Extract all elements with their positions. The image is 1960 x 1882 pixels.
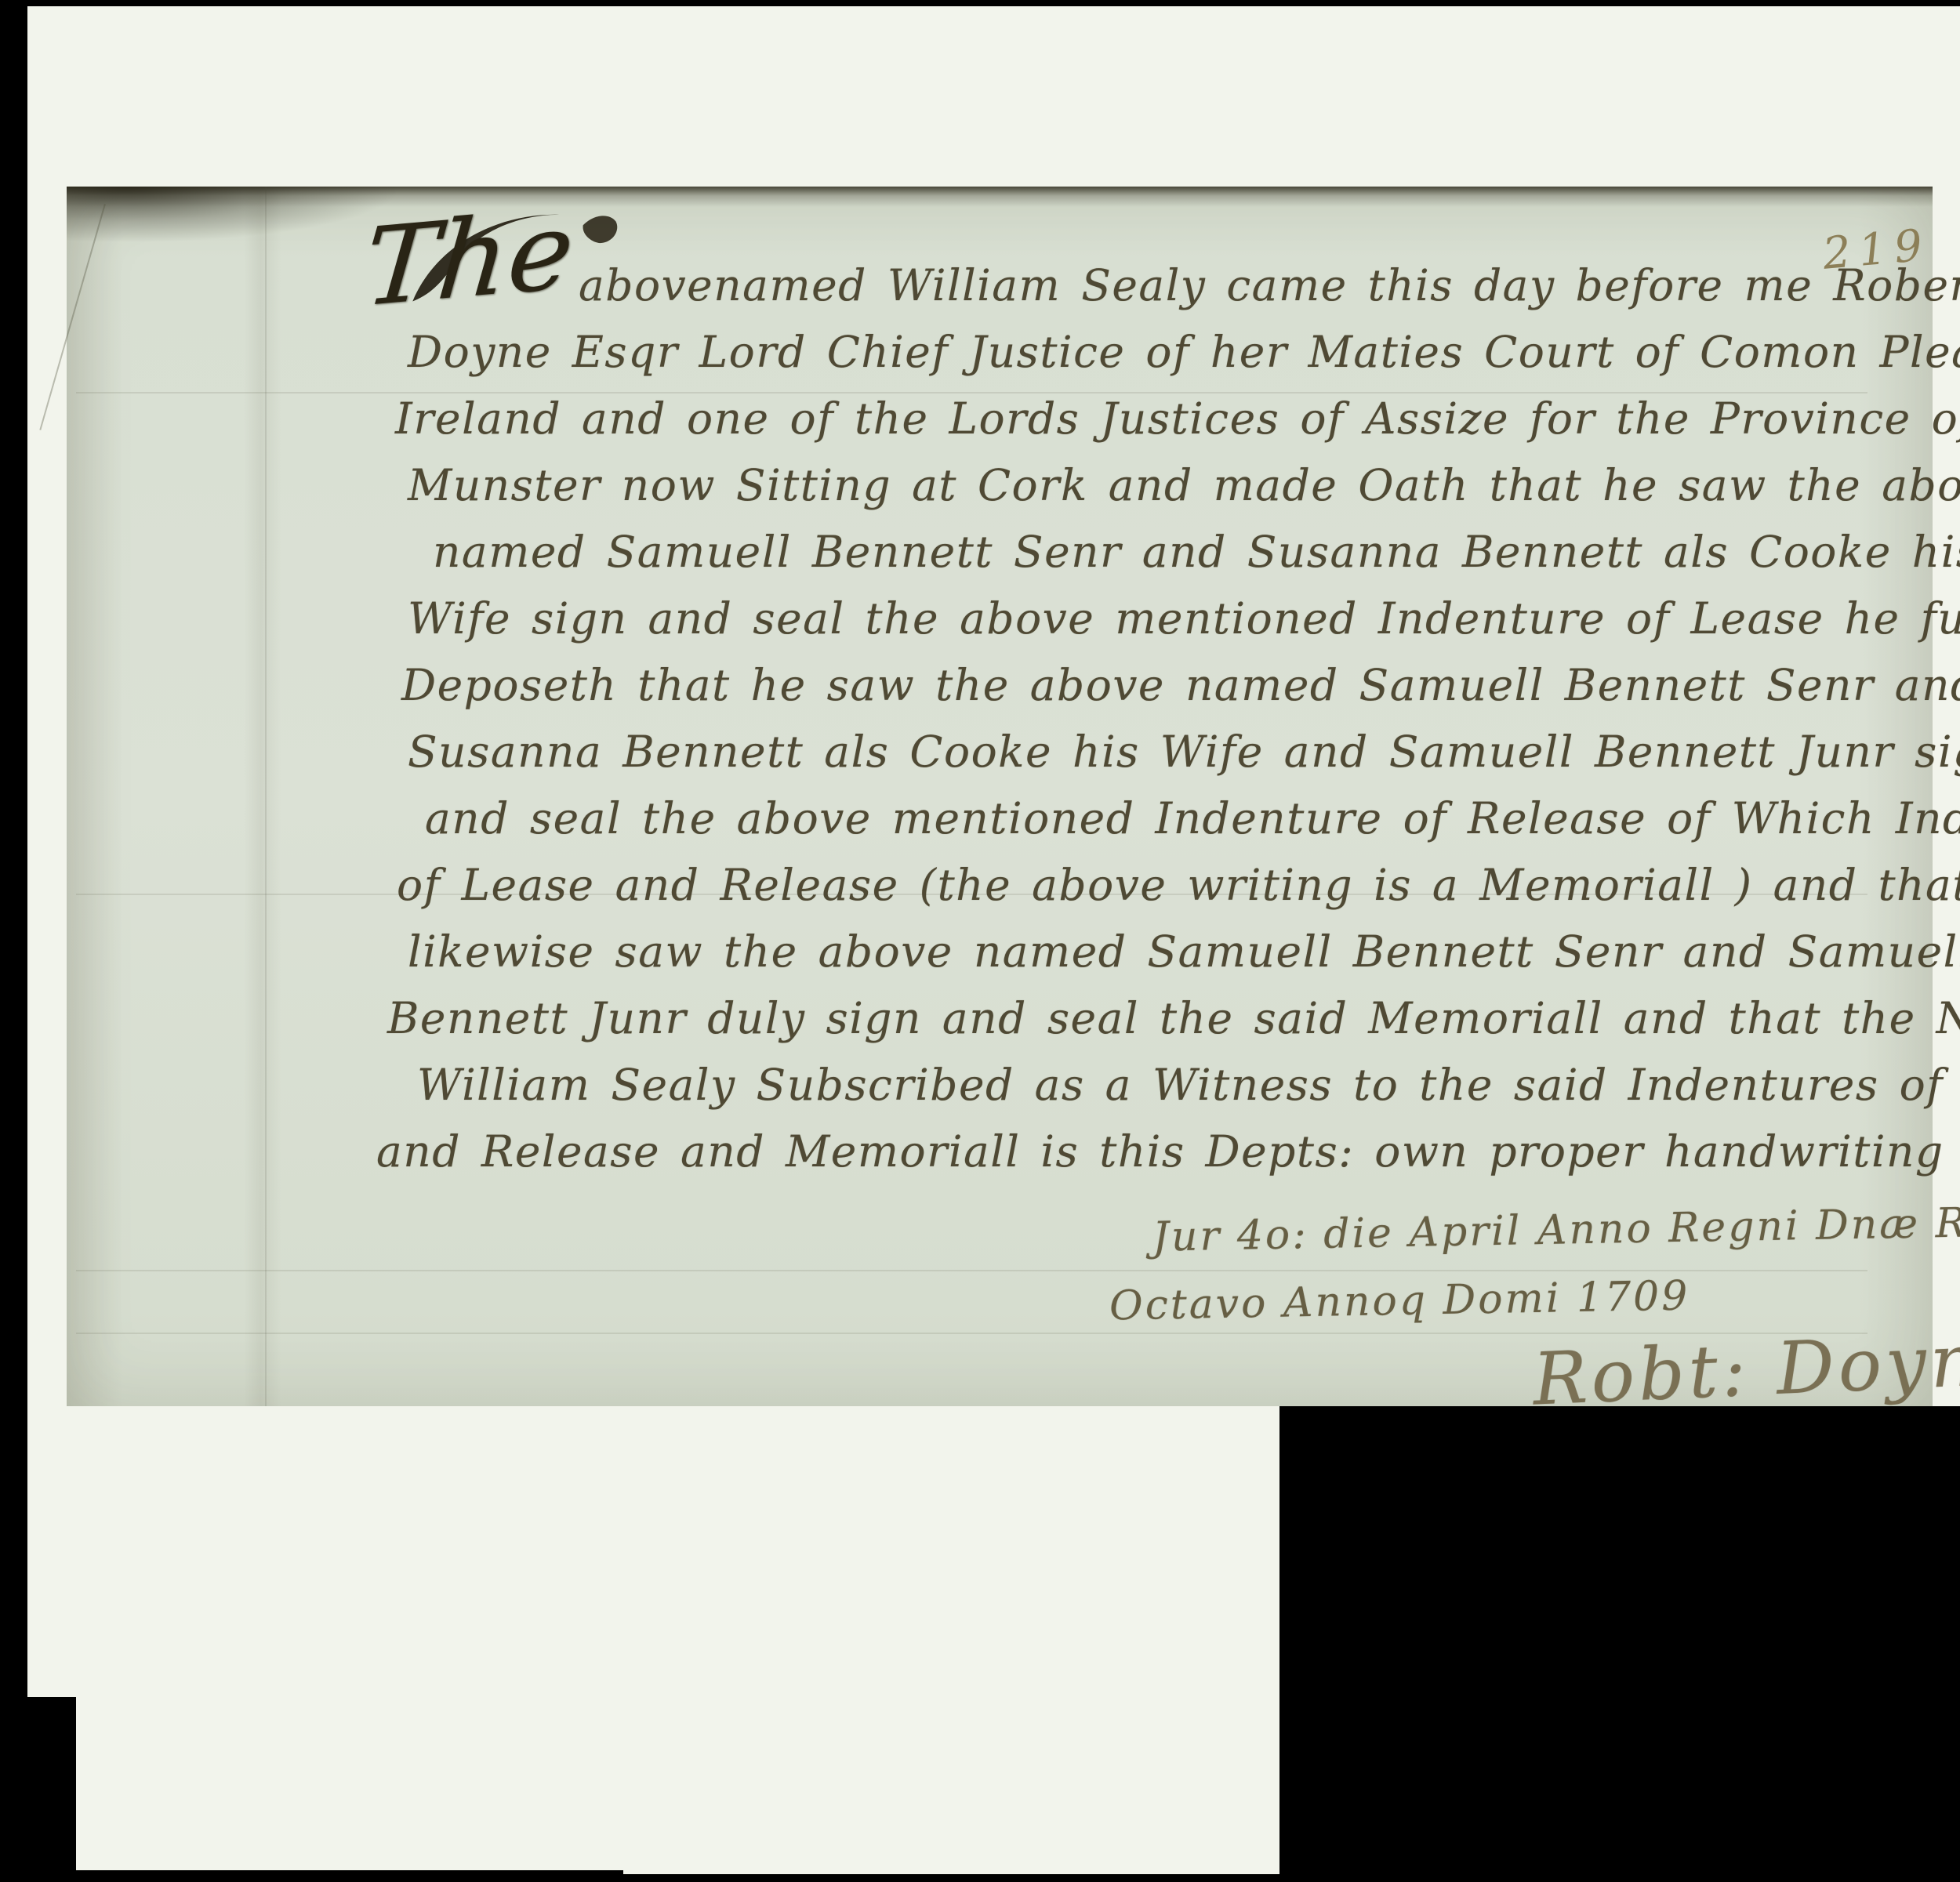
page-corner-shadow <box>67 187 396 241</box>
handwriting-line: abovenamed William Sealy came this day b… <box>579 252 1944 319</box>
handwriting-block: abovenamed William Sealy came this day b… <box>408 252 1944 1185</box>
handwriting-line: and seal the above mentioned Indenture o… <box>425 785 1944 852</box>
paper-fold-line <box>265 187 267 1406</box>
jurat-date-line: Jur 4o: die April Anno Regni Dnæ Reginæ <box>1152 1197 1960 1260</box>
handwriting-line: Wife sign and seal the above mentioned I… <box>408 586 1944 652</box>
handwriting-line: Munster now Sitting at Cork and made Oat… <box>408 452 1944 519</box>
backing-sheet-lower <box>27 1406 1279 1874</box>
handwriting-line: likewise saw the above named Samuell Ben… <box>408 919 1944 985</box>
handwriting-line: Deposeth that he saw the above named Sam… <box>401 652 1944 719</box>
document-page: 219 The abovenamed William Sealy came th… <box>67 187 1933 1406</box>
handwriting-line: Ireland and one of the Lords Justices of… <box>395 386 1944 452</box>
handwriting-line: Susanna Bennett als Cooke his Wife and S… <box>408 719 1944 785</box>
jurat-date-line: Octavo Annoq Domi 1709 <box>1109 1273 1690 1330</box>
handwriting-line: named Samuell Bennett Senr and Susanna B… <box>433 519 1944 586</box>
handwriting-line: Doyne Esqr Lord Chief Justice of her Mat… <box>408 319 1944 386</box>
scan-black-region-left <box>0 1697 76 1882</box>
handwriting-line: and Release and Memoriall is this Depts:… <box>376 1119 1944 1185</box>
faint-rule-line <box>76 1333 1867 1334</box>
scan-black-region-bottom <box>0 1870 623 1882</box>
faint-rule-line <box>76 1270 1867 1271</box>
handwriting-line: of Lease and Release (the above writing … <box>397 852 1944 919</box>
handwriting-line: William Sealy Subscribed as a Witness to… <box>417 1052 1944 1119</box>
scan-canvas: 357 219 The abovenamed William Sealy cam… <box>0 0 1960 1882</box>
handwriting-line: Bennett Junr duly sign and seal the said… <box>387 985 1944 1052</box>
signature-robert-doyne: Robt: Doyne — <box>1531 1311 1960 1421</box>
